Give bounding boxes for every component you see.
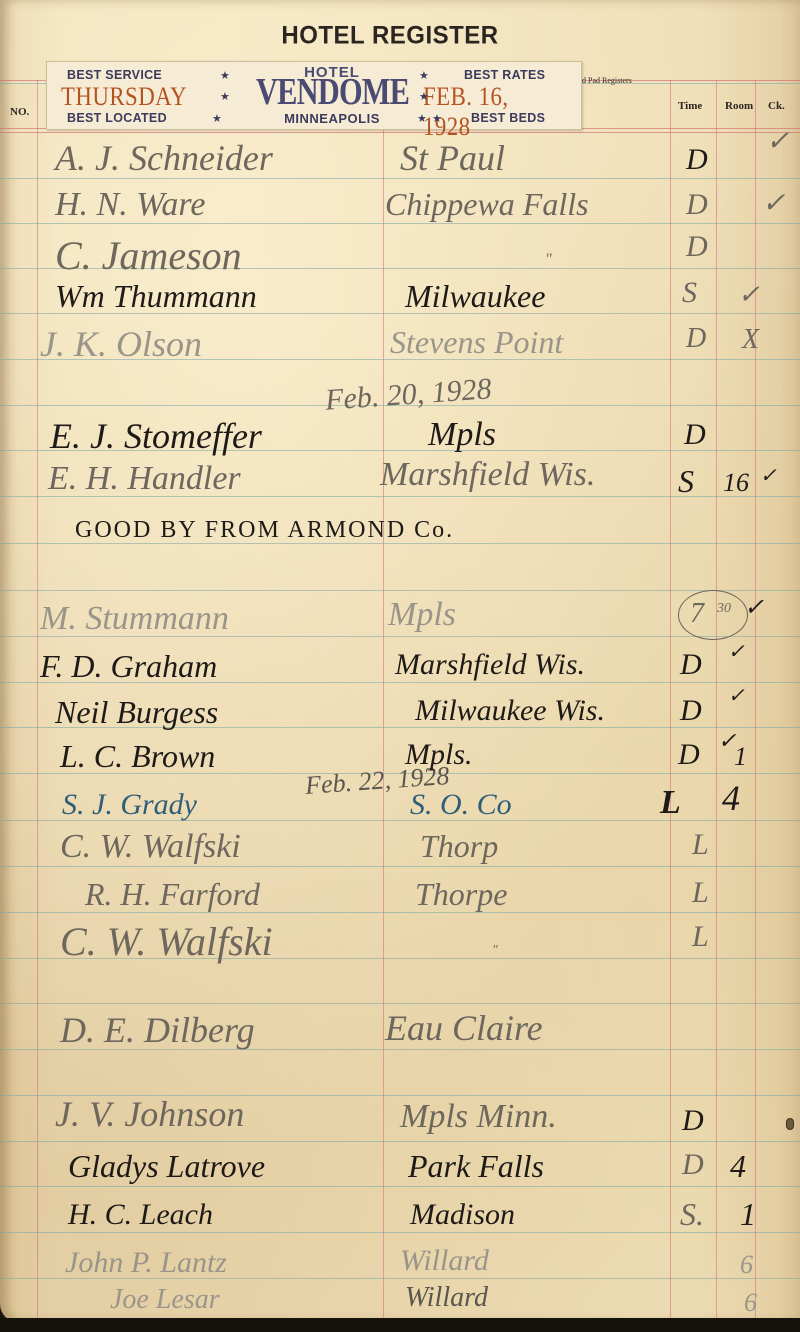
column-header-no: NO.	[10, 106, 29, 118]
stamp-best-service: BEST SERVICE	[67, 68, 162, 82]
guest-residence: S. O. Co	[410, 790, 512, 820]
stamp-day: THURSDAY	[61, 82, 187, 112]
stamp-best-rates: BEST RATES	[464, 68, 545, 82]
time-mark: D	[678, 740, 700, 770]
ruling-line	[0, 1232, 800, 1233]
stamp-city: MINNEAPOLIS	[242, 111, 422, 126]
stamp-date: FEB. 16, 1928	[423, 82, 562, 142]
check-mark: ✓	[738, 282, 760, 308]
guest-name: L. C. Brown	[60, 740, 215, 772]
guest-residence: Eau Claire	[385, 1010, 543, 1046]
column-header-time: Time	[678, 100, 702, 112]
time-mark: S	[678, 465, 694, 497]
star-icon: ★	[220, 69, 230, 82]
guest-name: E. H. Handler	[48, 462, 241, 496]
ruling-line	[0, 178, 800, 179]
star-icon: ★	[419, 69, 429, 82]
guest-residence: Willard	[405, 1284, 488, 1312]
time-mark: D	[680, 650, 702, 680]
guest-name: S. J. Grady	[62, 790, 197, 820]
room-number: 4	[730, 1150, 746, 1182]
guest-name: D. E. Dilberg	[60, 1012, 255, 1048]
star-icon: ★	[220, 90, 230, 103]
binder-rivet	[786, 1118, 794, 1130]
room-number: 16	[723, 470, 749, 496]
guest-name: M. Stummann	[40, 602, 229, 636]
guest-residence: Thorpe	[415, 878, 507, 910]
guest-residence: "	[492, 944, 498, 958]
time-mark: D	[684, 420, 706, 450]
margin-rule	[37, 80, 38, 1320]
guest-name: A. J. Schneider	[55, 140, 273, 176]
ruling-line	[0, 866, 800, 867]
time-mark: D	[686, 190, 708, 220]
page-bottom-edge	[0, 1318, 800, 1332]
guest-name: Gladys Latrove	[68, 1150, 265, 1182]
time-mark: D	[682, 1150, 704, 1180]
guest-residence: Mpls.	[405, 740, 473, 770]
time-mark: L	[692, 830, 709, 860]
register-page: HOTEL REGISTER NO. Time Room Ck. nd Pad …	[0, 0, 800, 1322]
guest-name: H. N. Ware	[55, 188, 206, 222]
time-mark: D	[682, 1106, 704, 1136]
time-mark: L	[692, 922, 709, 952]
ruling-line	[0, 912, 800, 913]
star-icon: ★	[419, 90, 429, 103]
header-rule-bottom-2	[0, 132, 800, 133]
guest-residence: Stevens Point	[390, 326, 563, 358]
guest-name: C. W. Walfski	[60, 830, 241, 864]
guest-name: C. W. Walfski	[60, 922, 273, 962]
guest-name: Joe Lesar	[110, 1286, 220, 1314]
hotel-date-stamp: BEST SERVICE BEST LOCATED BEST RATES BES…	[46, 61, 582, 130]
time-mark: D	[686, 145, 708, 175]
guest-name: R. H. Farford	[85, 878, 260, 910]
time-rule	[670, 80, 671, 1320]
check-mark: ✓	[766, 128, 789, 156]
ruling-line	[0, 590, 800, 591]
guest-residence: Chippewa Falls	[385, 188, 589, 220]
column-header-ck: Ck.	[768, 100, 785, 112]
guest-residence: Willard	[400, 1246, 489, 1276]
check-mark: ✓	[760, 466, 777, 486]
guest-residence: Madison	[410, 1200, 515, 1230]
time-mark: L	[692, 878, 709, 908]
stamp-best-located: BEST LOCATED	[67, 111, 167, 125]
room-number: 30	[717, 602, 731, 616]
guest-residence: Park Falls	[408, 1150, 544, 1182]
ruling-line	[0, 1141, 800, 1142]
time-mark: D	[680, 696, 702, 726]
guest-name: Wm Thummann	[55, 280, 257, 312]
star-icon: ★	[432, 112, 442, 125]
page-title: HOTEL REGISTER	[0, 21, 780, 50]
guest-name: E. J. Stomeffer	[50, 418, 262, 454]
guest-residence: Marshfield Wis.	[380, 458, 595, 492]
residence-rule	[383, 80, 384, 1320]
guest-name: J. K. Olson	[40, 326, 202, 362]
guest-residence: Thorp	[420, 830, 498, 862]
time-mark: S.	[680, 1198, 704, 1230]
room-number: 1	[740, 1198, 756, 1230]
ck-rule	[755, 80, 756, 1320]
guest-residence: Mpls Minn.	[400, 1100, 557, 1134]
guest-name: H. C. Leach	[68, 1200, 213, 1230]
guest-residence: St Paul	[400, 140, 505, 176]
room-number: 6	[744, 1290, 757, 1316]
time-mark: D	[686, 325, 706, 353]
room-rule	[716, 80, 717, 1320]
guest-residence: Mpls	[428, 418, 496, 452]
time-mark: D	[686, 232, 708, 262]
check-mark: ✓	[718, 730, 736, 752]
time-mark: 7	[690, 600, 704, 628]
guest-name: C. Jameson	[55, 236, 242, 276]
time-mark: S	[682, 278, 697, 308]
circled-room-annotation	[678, 590, 748, 640]
ruling-line	[0, 223, 800, 224]
date-note: Feb. 20, 1928	[324, 374, 492, 416]
column-header-room: Room	[725, 100, 753, 112]
pad-registers-label: nd Pad Registers	[578, 76, 632, 85]
check-mark: ✓	[728, 642, 745, 662]
farewell-note: GOOD BY FROM ARMOND Co.	[75, 518, 454, 542]
check-mark: ✓	[762, 190, 785, 218]
check-mark: ✓	[728, 686, 745, 706]
check-mark: ✓	[744, 596, 764, 620]
guest-residence: Milwaukee	[405, 280, 545, 312]
stamp-hotel-name: VENDOME	[256, 72, 408, 112]
ruling-line	[0, 1003, 800, 1004]
guest-name: Neil Burgess	[55, 696, 218, 728]
check-mark: X	[742, 326, 759, 354]
star-icon: ★	[212, 112, 222, 125]
guest-residence: Marshfield Wis.	[395, 650, 585, 680]
guest-residence: Milwaukee Wis.	[415, 696, 605, 726]
guest-name: J. V. Johnson	[55, 1096, 244, 1132]
room-number: 4	[722, 780, 740, 816]
guest-name: F. D. Graham	[40, 650, 217, 682]
ruling-line	[0, 543, 800, 544]
room-number: 6	[740, 1252, 753, 1278]
guest-residence: Mpls	[388, 598, 456, 632]
guest-residence: "	[545, 252, 552, 268]
time-mark: L	[660, 786, 681, 820]
guest-name: John P. Lantz	[65, 1248, 227, 1278]
ruling-line	[0, 1186, 800, 1187]
